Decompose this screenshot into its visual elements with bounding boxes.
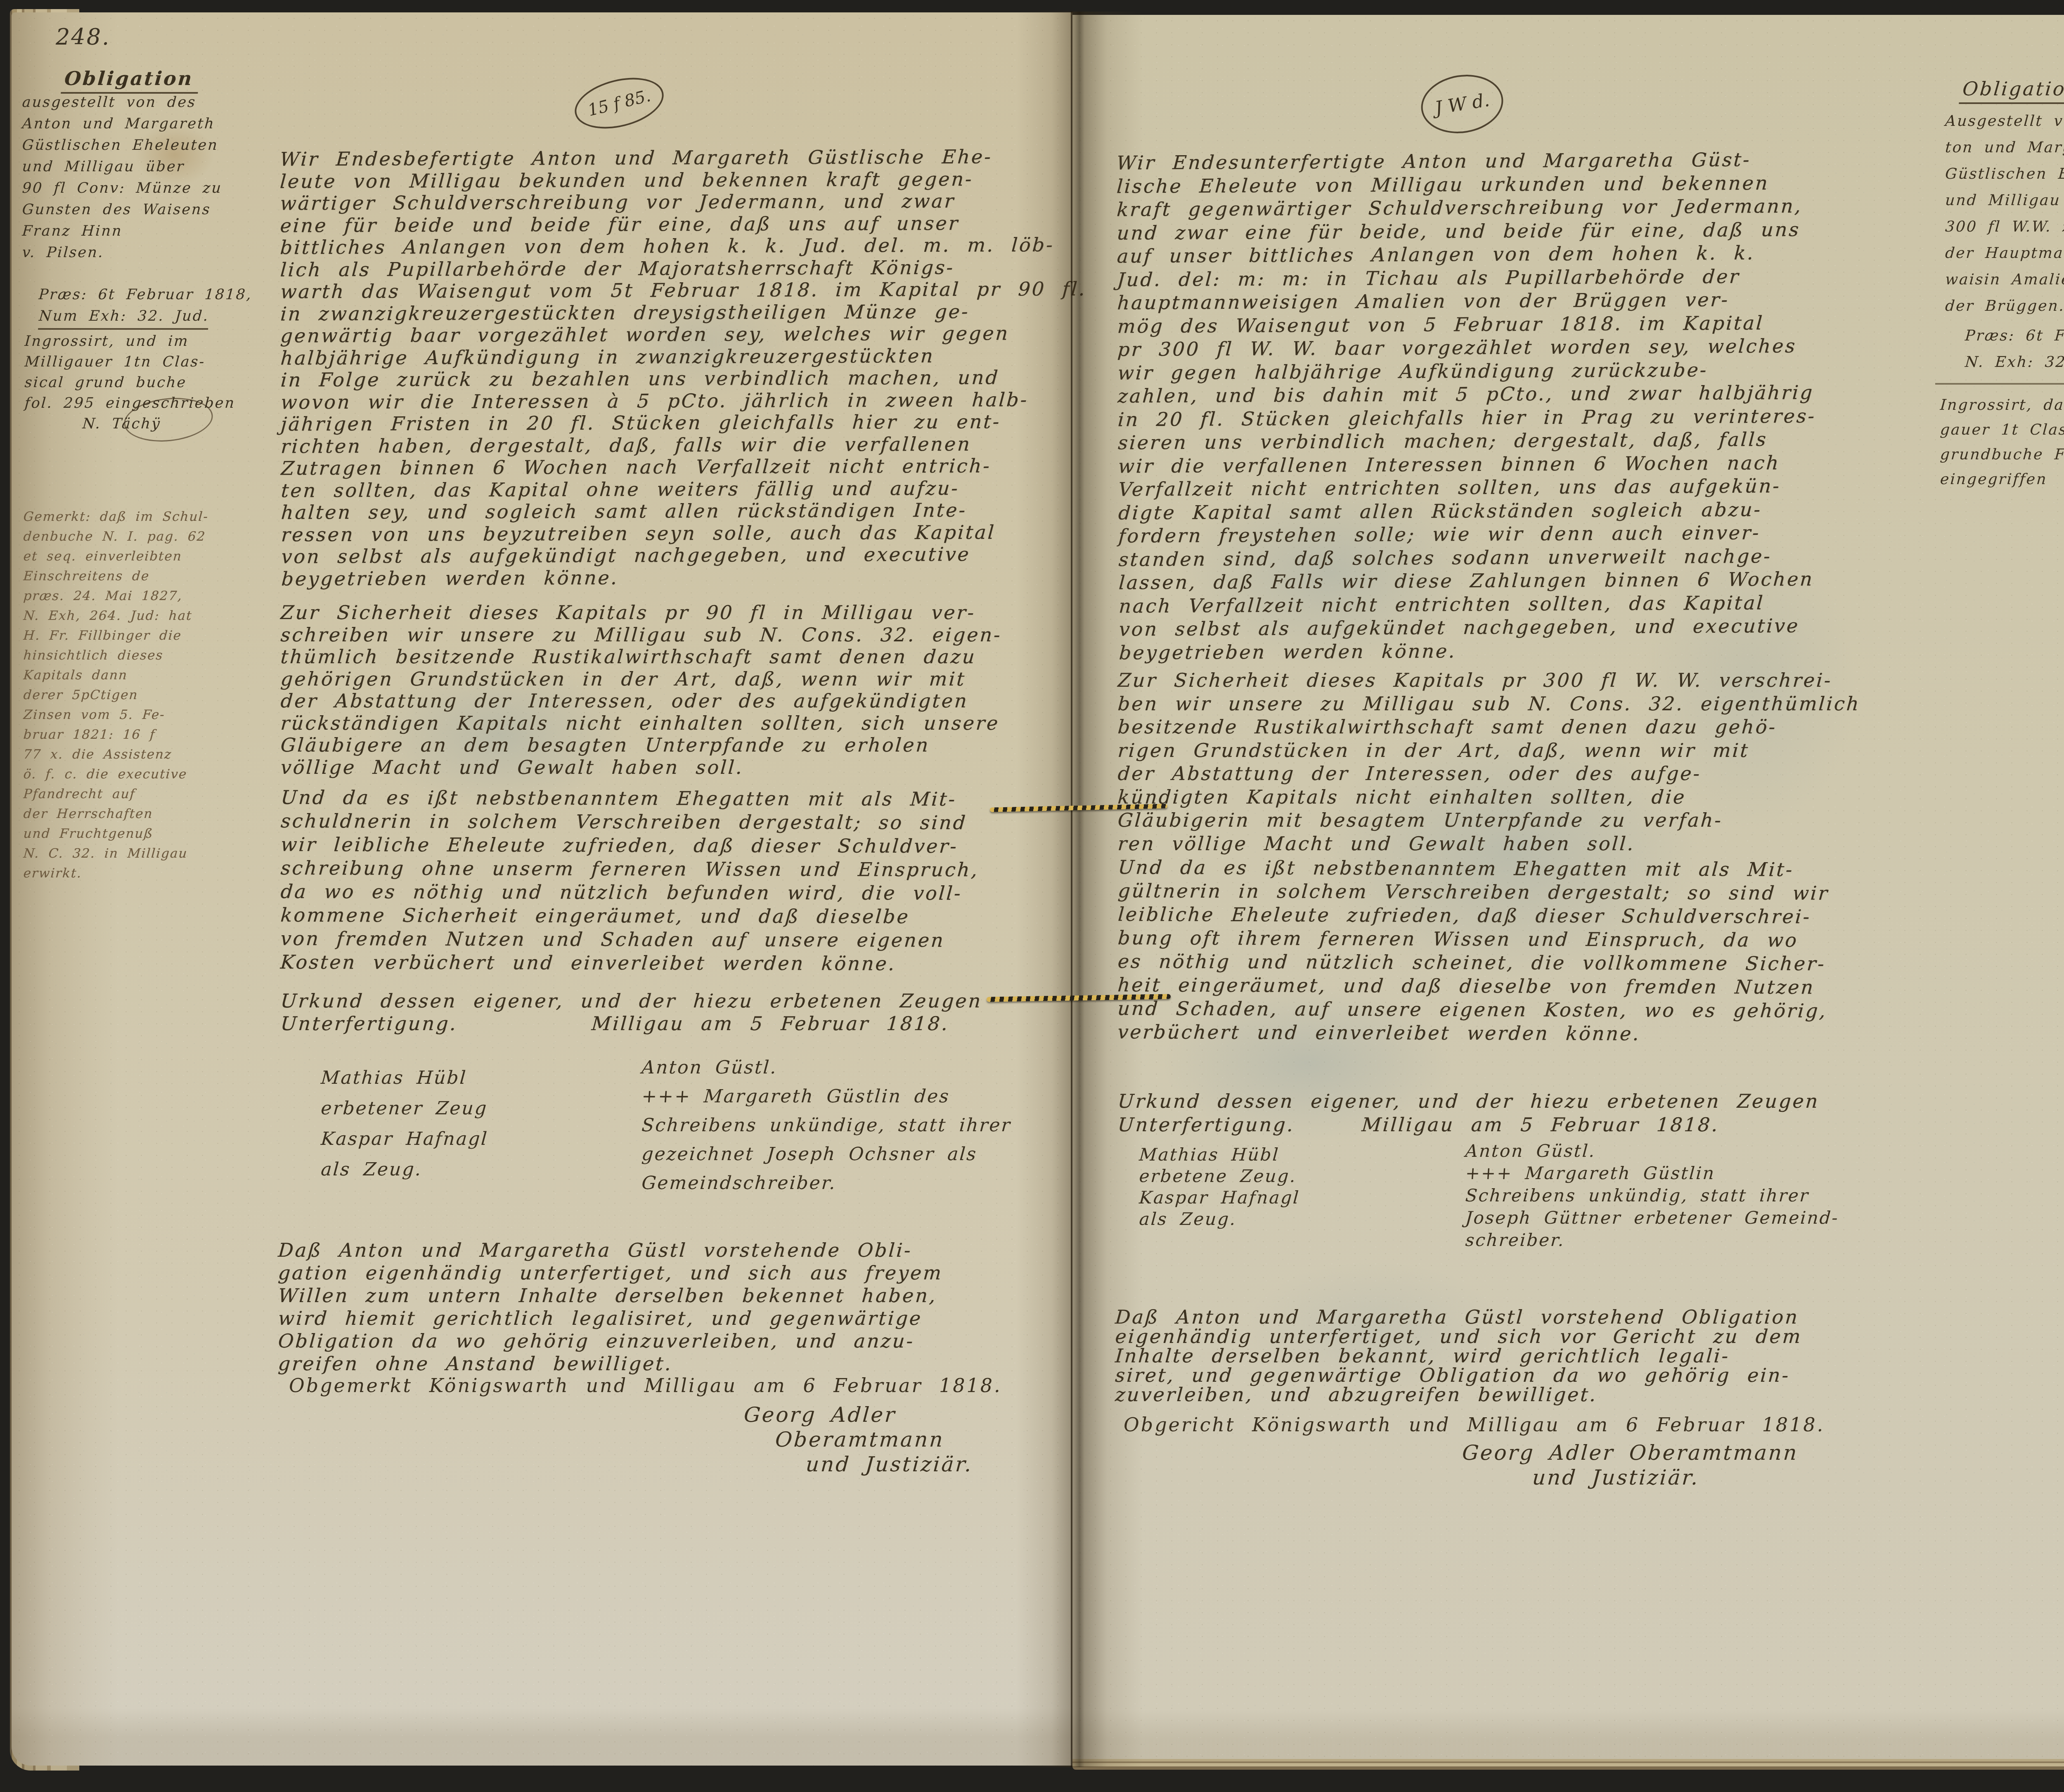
text-line: nach Verfallzeit nicht entrichten sollte…: [1118, 591, 1818, 617]
text-line: siret, und gegenwärtige Obligation da wo…: [1115, 1366, 1803, 1385]
body-paragraph-3-left: Und da es ißt nebstbenanntem Ehegatten m…: [279, 786, 978, 976]
text-line: Güstlischen Eheleuten: [21, 135, 223, 156]
place-date-line-left: Obgemerkt Königswarth und Milligau am 6 …: [289, 1374, 1002, 1397]
text-line: wir leibliche Eheleute zufrieden, daß di…: [280, 833, 980, 858]
margin-header-left: Obligation: [61, 67, 200, 94]
text-line: Kaspar Hafnagl: [1139, 1187, 1301, 1208]
text-line: erwirkt.: [23, 863, 209, 883]
text-line: als Zeug.: [320, 1154, 489, 1185]
text-line: rückständigen Kapitals nicht einhalten s…: [280, 712, 1003, 735]
text-line: Inhalte derselben bekannt, wird gerichtl…: [1115, 1346, 1803, 1366]
text-line: gehörigen Grundstücken in der Art, daß, …: [280, 668, 1003, 690]
text-line: Daß Anton und Margaretha Güstl vorstehen…: [1115, 1307, 1803, 1327]
page-number-left: 248.: [56, 24, 110, 50]
text-line: kommene Sicherheit eingeräumet, und daß …: [280, 903, 980, 929]
text-line: warth das Waisengut vom 5t Februar 1818.…: [279, 278, 1087, 303]
text-line: heit eingeräumet, und daß dieselbe von f…: [1117, 973, 1830, 999]
text-line: lich als Pupillarbehörde der Majoratsher…: [279, 256, 1087, 281]
text-line: kraft gegenwärtiger Schuldverschreibung …: [1116, 194, 1816, 221]
text-line: der Abstattung der Interessen, oder des …: [1117, 762, 1861, 785]
text-line: und Justiziär.: [805, 1452, 974, 1477]
text-line: Oberamtmann: [774, 1427, 974, 1452]
text-line: kündigten Kapitals nicht einhalten sollt…: [1117, 785, 1861, 809]
text-line: richten haben, dergestalt, daß, falls wi…: [280, 433, 1088, 457]
witness-signatures-left: Mathias Hüblerbetener ZeugKaspar Hafnagl…: [320, 1063, 487, 1185]
margin-rule-right: [1935, 383, 2064, 385]
party-signatures-left: Anton Güstl.+++ Margareth Güstlin desSch…: [641, 1053, 1010, 1198]
text-line: Mathias Hübl: [320, 1063, 489, 1093]
text-line: gation eigenhändig unterfertiget, und si…: [277, 1262, 944, 1284]
margin-header-right: Obligation.: [1959, 78, 2064, 104]
text-line: und zwar eine für beide, und beide für e…: [1116, 217, 1816, 244]
text-line: Jud. del: m: m: in Tichau als Pupillarbe…: [1117, 264, 1816, 291]
text-line: Præs: 6t Februar 1818,: [38, 284, 253, 305]
stamp-text-right: J W d.: [1433, 89, 1491, 118]
text-line: wir gegen halbjährige Aufkündigung zurüc…: [1117, 357, 1817, 384]
text-line: Wir Endesbefertigte Anton und Margareth …: [279, 146, 1086, 170]
text-line: Kaspar Hafnagl: [320, 1124, 489, 1154]
margin-note-ingrossation-left: Ingrossirt, und imMilligauer 1tn Clas-si…: [24, 331, 234, 434]
text-line: Und da es ißt nebstbenanntem Ehegatten m…: [280, 786, 980, 811]
text-line: grundbuche Fol: 295.: [1939, 442, 2064, 467]
text-line: Daß Anton und Margaretha Güstl vorstehen…: [277, 1239, 944, 1262]
text-line: hauptmannweisigen Amalien von der Brügge…: [1117, 288, 1816, 314]
text-line: Gläubigere an dem besagten Unterpfande z…: [280, 734, 1003, 757]
text-line: leute von Milligau bekunden und bekennen…: [279, 168, 1087, 192]
text-line: Gläubigerin mit besagtem Unterpfande zu …: [1117, 809, 1861, 832]
text-line: præs. 24. Mai 1827,: [23, 586, 209, 606]
text-line: der Herrschaften: [23, 804, 209, 824]
text-line: ausgestellt von des: [21, 92, 223, 113]
text-line: Franz Hinn: [21, 220, 223, 242]
official-signature-right: Georg Adler Oberamtmannund Justiziär.: [1461, 1440, 1797, 1490]
text-line: Willen zum untern Inhalte derselben beke…: [277, 1284, 944, 1307]
body-paragraph-2-right: Zur Sicherheit dieses Kapitals pr 300 fl…: [1117, 669, 1859, 855]
text-line: zahlen, und bis dahin mit 5 pCto., und z…: [1117, 381, 1817, 408]
margin-note-ingrossation-right: Ingrossirt, das in milli-gauer 1t Clasic…: [1939, 393, 2064, 492]
text-line: Georg Adler Oberamtmann: [1461, 1440, 1799, 1465]
text-line: lassen, daß Falls wir diese Zahlungen bi…: [1118, 567, 1818, 594]
text-line: bruar 1821: 16 f: [23, 725, 209, 745]
text-line: N. Exh: 32. in Jud.: [1964, 349, 2064, 376]
text-line: und Fruchtgenuß: [23, 824, 209, 844]
text-line: Joseph Güttner erbetener Gemeind-: [1465, 1207, 1840, 1229]
stamp-text-left: 15 f 85.: [586, 86, 652, 120]
text-line: 77 x. die Assistenz: [23, 745, 209, 764]
margin-note-praesentatum-left: Præs: 6t Februar 1818,Num Exh: 32. Jud.: [38, 284, 251, 330]
body-paragraph-1-right: Wir Endesunterfertigte Anton und Margare…: [1116, 148, 1817, 664]
text-line: eine für beide und beide für eine, daß u…: [279, 212, 1087, 236]
text-line: Zur Sicherheit dieses Kapitals pr 90 fl …: [280, 602, 1003, 624]
text-line: N. Exh, 264. Jud: hat: [23, 606, 209, 626]
text-line: ressen von uns beyzutreiben seyn solle, …: [280, 521, 1088, 546]
text-line: thümlich besitzende Rustikalwirthschaft …: [280, 646, 1003, 668]
text-line: Pfandrecht auf: [23, 784, 209, 804]
text-line: fol. 295 eingeschrieben: [24, 393, 236, 414]
text-line: Milligauer 1tn Clas-: [24, 352, 236, 372]
text-line: von selbst als aufgekündigt nachgegeben,…: [281, 543, 1088, 568]
text-line: von selbst als aufgekündet nachgegeben, …: [1118, 614, 1818, 641]
text-line: Ausgestellt von des An-: [1944, 108, 2064, 135]
text-line: als Zeug.: [1139, 1208, 1301, 1230]
text-line: H. Fr. Fillbinger die: [23, 626, 209, 645]
text-line: ten sollten, das Kapital ohne weiters fä…: [280, 477, 1088, 501]
party-signatures-right: Anton Güstl.+++ Margareth GüstlinSchreib…: [1465, 1140, 1838, 1251]
text-line: pr 300 fl W. W. baar vorgezählet worden …: [1117, 334, 1816, 361]
text-line: Unterfertigung. Milligau am 5 Februar 18…: [1117, 1113, 1820, 1137]
margin-note-1827-annotation: Gemerkt: daß im Schul-denbuche N. I. pag…: [23, 507, 208, 883]
text-line: ö. f. c. die executive: [23, 764, 209, 784]
text-line: der Brüggen.: [1944, 293, 2064, 319]
text-line: und Schaden, auf unsere eigenen Kosten, …: [1117, 997, 1829, 1023]
text-line: digte Kapital samt allen Rückständen sog…: [1117, 497, 1817, 524]
text-line: lische Eheleute von Milligau urkunden un…: [1116, 171, 1815, 198]
text-line: bung oft ihrem ferneren Wissen und Einsp…: [1117, 926, 1830, 952]
text-line: zuverleiben, und abzugreifen bewilliget.: [1115, 1385, 1803, 1404]
text-line: N. Tächÿ: [24, 414, 236, 434]
text-line: erbetene Zeug.: [1139, 1166, 1301, 1187]
text-line: Und da es ißt nebstbenanntem Ehegatten m…: [1117, 856, 1830, 882]
text-line: ben wir unsere zu Milligau sub N. Cons. …: [1117, 692, 1861, 716]
left-page: 248. 15 f 85. Obligation ausgestellt von…: [12, 12, 1072, 1766]
text-line: schreibung ohne unserm ferneren Wissen u…: [280, 856, 980, 882]
text-line: halten sey, und sogleich samt allen rück…: [280, 499, 1088, 524]
text-line: Schreibens unkündig, statt ihrer: [1465, 1184, 1840, 1207]
text-line: Gemeindschreiber.: [641, 1169, 1012, 1198]
text-line: hinsichtlich dieses: [23, 645, 209, 665]
body-paragraph-3-right: Und da es ißt nebstbenanntem Ehegatten m…: [1117, 856, 1828, 1046]
text-line: Güstlischen Eheleuten: [1944, 161, 2064, 187]
text-line: +++ Margareth Güstlin: [1465, 1162, 1840, 1184]
text-line: halbjährige Aufkündigung in zwanzigkreuz…: [280, 344, 1087, 369]
text-line: bittliches Anlangen von dem hohen k. k. …: [279, 234, 1087, 259]
text-line: in 20 fl. Stücken gleichfalls hier in Pr…: [1117, 404, 1817, 431]
witness-signatures-right: Mathias Hüblerbetene Zeug.Kaspar Hafnagl…: [1139, 1144, 1299, 1230]
text-line: Anton Güstl.: [1465, 1140, 1840, 1162]
text-line: jährigen Fristen in 20 fl. Stücken gleic…: [280, 411, 1088, 435]
text-line: schreiben wir unsere zu Milligau sub N. …: [280, 624, 1003, 646]
text-line: 90 fl Conv: Münze zu: [21, 177, 223, 199]
official-signature-left: Georg AdlerOberamtmannund Justiziär.: [743, 1402, 972, 1477]
text-line: es nöthig und nützlich scheinet, die vol…: [1117, 950, 1830, 976]
text-line: in zwanzigkreuzergestückten dreysigsthei…: [280, 300, 1087, 325]
text-line: Obligation da wo gehörig einzuverleiben,…: [277, 1330, 944, 1352]
text-line: Verfallzeit nicht entrichten sollten, un…: [1117, 474, 1817, 501]
text-line: sical grund buche: [24, 372, 236, 393]
text-line: Wir Endesunterfertigte Anton und Margare…: [1116, 148, 1815, 175]
text-line: Georg Adler: [743, 1402, 974, 1427]
text-line: standen sind, daß solches sodann unverwe…: [1118, 544, 1818, 571]
text-line: in Folge zurück zu bezahlen uns verbindl…: [280, 366, 1087, 391]
binding-crease: [1071, 12, 1072, 1767]
text-line: Urkund dessen eigener, und der hiezu erb…: [280, 990, 983, 1012]
text-line: genwärtig baar vorgezählet worden sey, w…: [280, 322, 1087, 347]
text-line: rigen Grundstücken in der Art, daß, wenn…: [1117, 739, 1861, 762]
text-line: denbuche N. I. pag. 62: [23, 527, 209, 546]
text-line: 300 fl W.W. zu Gunsten: [1944, 214, 2064, 240]
text-line: Ingrossirt, das in milli-: [1939, 393, 2064, 418]
text-line: Gemerkt: daß im Schul-: [23, 507, 209, 527]
place-date-line-right: Obgericht Königswarth und Milligau am 6 …: [1124, 1414, 1825, 1436]
page-stack-bottom-edge: [1072, 1759, 2064, 1770]
text-line: ren völlige Macht und Gewalt haben soll.: [1117, 832, 1861, 856]
text-line: und Milligau über: [21, 156, 223, 177]
text-line: waisin Amalien von: [1944, 267, 2064, 293]
text-line: verbüchert und einverleibet werden könne…: [1117, 1020, 1829, 1046]
stamp-oval-left: 15 f 85.: [569, 69, 669, 137]
text-line: Gunsten des Waisens: [21, 199, 223, 220]
body-paragraph-2-left: Zur Sicherheit dieses Kapitals pr 90 fl …: [280, 602, 1001, 778]
right-page: 249. J W d. Obligation. Ausgestellt von …: [1072, 15, 2064, 1763]
text-line: Ingrossirt, und im: [24, 331, 236, 352]
margin-note-issuer-right: Ausgestellt von des An-ton und Margareth…: [1944, 108, 2064, 319]
margin-note-issuer-left: ausgestellt von desAnton und MargarethGü…: [21, 92, 221, 263]
text-line: wovon wir die Interessen à 5 pCto. jährl…: [280, 388, 1087, 413]
text-line: greifen ohne Anstand bewilliget.: [277, 1352, 944, 1375]
text-line: beygetrieben werden könne.: [1118, 637, 1818, 664]
text-line: der Abstattung der Interessen, oder des …: [280, 690, 1003, 712]
manuscript-scan: 248. 15 f 85. Obligation ausgestellt von…: [0, 0, 2064, 1792]
text-line: Num Exh: 32. Jud.: [38, 305, 210, 330]
text-line: Unterfertigung. Milligau am 5 Februar 18…: [280, 1012, 983, 1035]
text-line: sieren uns verbindlich machen; dergestal…: [1117, 428, 1817, 454]
text-line: da wo es nöthig und nützlich befunden wi…: [280, 880, 980, 905]
text-line: auf unser bittliches Anlangen von dem ho…: [1116, 241, 1816, 268]
text-line: Kapitals dann: [23, 665, 209, 685]
text-line: N. C. 32. in Milligau: [23, 844, 209, 863]
text-line: Mathias Hübl: [1139, 1144, 1301, 1166]
text-line: eigenhändig unterfertiget, und sich vor …: [1115, 1327, 1803, 1346]
closing-lines-right: Urkund dessen eigener, und der hiezu erb…: [1117, 1090, 1818, 1136]
text-line: von fremden Nutzen und Schaden auf unser…: [280, 927, 980, 952]
text-line: wärtiger Schuldverschreibung vor Jederma…: [279, 190, 1087, 215]
text-line: Kosten verbüchert und einverleibet werde…: [279, 950, 979, 976]
text-line: Urkund dessen eigener, und der hiezu erb…: [1117, 1090, 1820, 1113]
text-line: eingegriffen N. Tächÿ: [1939, 467, 2064, 492]
text-line: gültnerin in solchem Verschreiben derges…: [1117, 879, 1830, 905]
text-line: der Hauptmanns-: [1944, 240, 2064, 267]
text-line: leibliche Eheleute zufrieden, daß dieser…: [1117, 903, 1830, 929]
text-line: schuldnerin in solchem Verschreiben derg…: [280, 809, 980, 835]
text-line: mög des Waisengut von 5 Februar 1818. im…: [1117, 311, 1816, 338]
text-line: Præs: 6t Februar 1818,: [1964, 323, 2064, 349]
text-line: erbetener Zeug: [320, 1093, 489, 1124]
text-line: und Justiziär.: [1531, 1465, 1799, 1490]
text-line: beygetrieben werden könne.: [281, 565, 1088, 590]
stamp-oval-right: J W d.: [1417, 69, 1507, 139]
text-line: Schreibens unkündige, statt ihrer: [641, 1111, 1012, 1140]
text-line: wir die verfallenen Interessen binnen 6 …: [1117, 451, 1817, 478]
closing-lines-left: Urkund dessen eigener, und der hiezu erb…: [280, 990, 981, 1035]
text-line: et seq. einverleibten: [23, 546, 209, 566]
text-line: Zur Sicherheit dieses Kapitals pr 300 fl…: [1117, 669, 1861, 692]
text-line: +++ Margareth Güstlin des: [641, 1082, 1012, 1111]
text-line: und Milligau über: [1944, 187, 2064, 214]
text-line: Zutragen binnen 6 Wochen nach Verfallzei…: [280, 455, 1088, 480]
text-line: völlige Macht und Gewalt haben soll.: [280, 757, 1003, 779]
text-line: wird hiemit gerichtlich legalisiret, und…: [277, 1307, 944, 1330]
legalization-paragraph-right: Daß Anton und Margaretha Güstl vorstehen…: [1115, 1307, 1801, 1404]
margin-note-praesentatum-right: Præs: 6t Februar 1818,N. Exh: 32. in Jud…: [1964, 323, 2064, 376]
text-line: besitzende Rustikalwirthschaft samt dene…: [1117, 715, 1861, 739]
text-line: Einschreitens de: [23, 566, 209, 586]
text-line: Anton Güstl.: [641, 1053, 1012, 1082]
text-line: Anton und Margareth: [21, 113, 223, 135]
text-line: v. Pilsen.: [21, 242, 223, 263]
text-line: Zinsen vom 5. Fe-: [23, 705, 209, 725]
body-paragraph-1-left: Wir Endesbefertigte Anton und Margareth …: [279, 146, 1086, 590]
text-line: ton und Margareth: [1944, 135, 2064, 161]
text-line: gezeichnet Joseph Ochsner als: [641, 1140, 1012, 1169]
text-line: fordern freystehen solle; wie wir denn a…: [1118, 521, 1818, 548]
text-line: schreiber.: [1465, 1229, 1840, 1251]
legalization-paragraph-left: Daß Anton und Margaretha Güstl vorstehen…: [277, 1239, 942, 1375]
text-line: gauer 1t Clasical: [1939, 418, 2064, 442]
text-line: derer 5pCtigen: [23, 685, 209, 705]
